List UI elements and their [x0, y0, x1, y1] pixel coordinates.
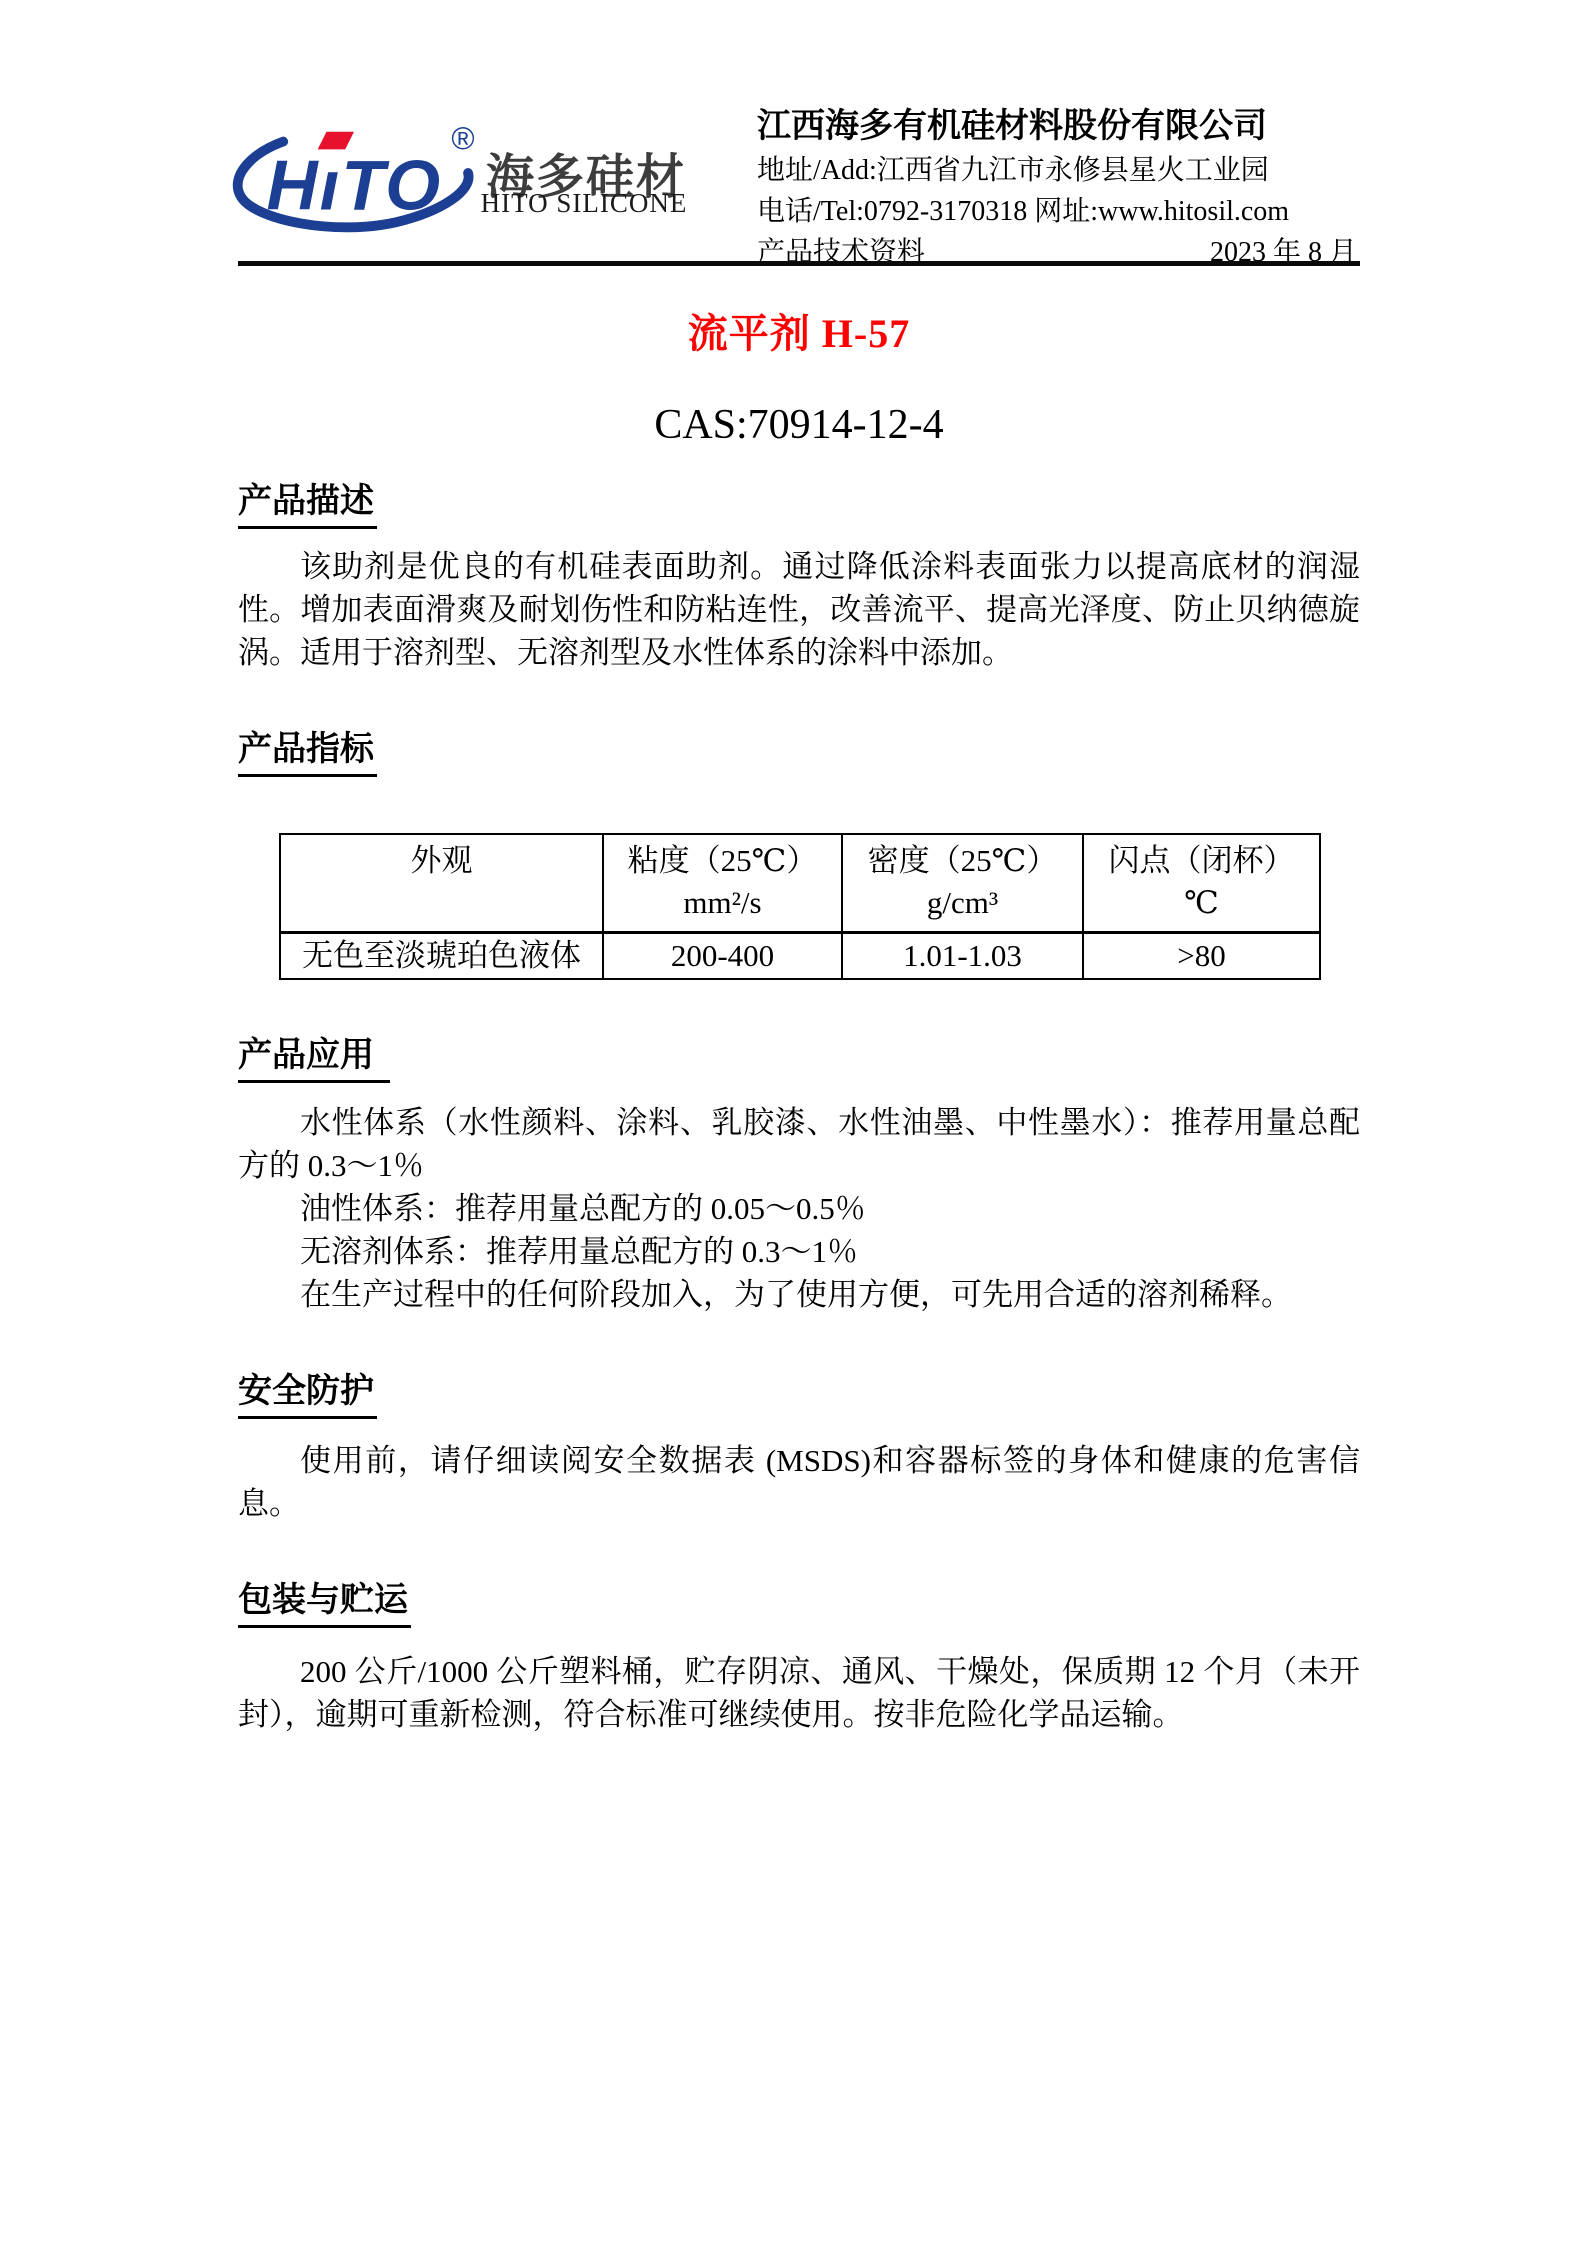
spec-table: 外观 粘度（25℃） mm²/s 密度（25℃） g/cm³ 闪点（闭杯） ℃: [279, 833, 1321, 980]
doc-type-label: 产品技术资料: [757, 232, 925, 273]
spec-value-density: 1.01-1.03: [842, 933, 1083, 980]
paragraph: 在生产过程中的任何阶段加入，为了使用方便，可先用合适的溶剂稀释。: [238, 1273, 1360, 1316]
product-title: 流平剂 H-57: [238, 312, 1360, 356]
spec-table-data-row: 无色至淡琥珀色液体 200-400 1.01-1.03 >80: [280, 933, 1320, 980]
section-heading-packaging: 包装与贮运: [238, 1581, 1360, 1628]
section-safety-body: 使用前，请仔细读阅安全数据表 (MSDS)和容器标签的身体和健康的危害信息。: [238, 1439, 1360, 1525]
spec-header-density: 密度（25℃） g/cm³: [842, 834, 1083, 933]
header-line1: 粘度（25℃）: [604, 840, 841, 882]
header-line2: g/cm³: [843, 882, 1082, 924]
document-page: HıTO ® 海多硅材 HITO SILICONE 江西海多有机硅材料股份有限公…: [0, 0, 1587, 2245]
section-heading-application: 产品应用: [238, 1036, 1360, 1083]
cas-number: CAS:70914-12-4: [238, 402, 1360, 448]
spec-value-appearance: 无色至淡琥珀色液体: [280, 933, 603, 980]
paragraph: 该助剂是优良的有机硅表面助剂。通过降低涂料表面张力以提高底材的润湿性。增加表面滑…: [238, 545, 1360, 674]
paragraph: 水性体系（水性颜料、涂料、乳胶漆、水性油墨、中性墨水）：推荐用量总配方的 0.3…: [238, 1101, 1360, 1187]
document-content: 流平剂 H-57 CAS:70914-12-4 产品描述 该助剂是优良的有机硅表…: [238, 268, 1360, 1736]
section-heading-text: 安全防护: [238, 1372, 377, 1419]
paragraph: 油性体系：推荐用量总配方的 0.05～0.5％: [238, 1187, 1360, 1230]
section-heading-specs: 产品指标: [238, 730, 1360, 777]
company-contact: 电话/Tel:0792-3170318 网址:www.hitosil.com: [757, 191, 1357, 232]
doc-meta-row: 产品技术资料 2023 年 8 月: [757, 232, 1357, 273]
header-line2: [281, 882, 602, 924]
section-heading-text: 产品应用: [238, 1036, 390, 1083]
section-application-body: 水性体系（水性颜料、涂料、乳胶漆、水性油墨、中性墨水）：推荐用量总配方的 0.3…: [238, 1101, 1360, 1316]
page-header: HıTO ® 海多硅材 HITO SILICONE 江西海多有机硅材料股份有限公…: [0, 0, 1587, 268]
company-address: 地址/Add:江西省九江市永修县星火工业园: [757, 150, 1357, 191]
logo-brand-letters: HıTO: [267, 146, 443, 225]
header-line1: 闪点（闭杯）: [1084, 840, 1319, 882]
section-heading-text: 产品描述: [238, 482, 377, 529]
section-heading-text: 产品指标: [238, 730, 377, 777]
spec-header-viscosity: 粘度（25℃） mm²/s: [603, 834, 842, 933]
spec-value-viscosity: 200-400: [603, 933, 842, 980]
spec-value-flashpoint: >80: [1083, 933, 1320, 980]
spec-header-appearance: 外观: [280, 834, 603, 933]
section-heading-description: 产品描述: [238, 482, 1360, 529]
section-heading-safety: 安全防护: [238, 1372, 1360, 1419]
section-description-body: 该助剂是优良的有机硅表面助剂。通过降低涂料表面张力以提高底材的润湿性。增加表面滑…: [238, 545, 1360, 674]
paragraph: 使用前，请仔细读阅安全数据表 (MSDS)和容器标签的身体和健康的危害信息。: [238, 1439, 1360, 1525]
company-info-block: 江西海多有机硅材料股份有限公司 地址/Add:江西省九江市永修县星火工业园 电话…: [757, 104, 1357, 273]
paragraph: 200 公斤/1000 公斤塑料桶，贮存阴凉、通风、干燥处，保质期 12 个月（…: [238, 1650, 1360, 1736]
header-line2: mm²/s: [604, 882, 841, 924]
company-name: 江西海多有机硅材料股份有限公司: [757, 104, 1357, 150]
paragraph: 无溶剂体系：推荐用量总配方的 0.3～1％: [238, 1230, 1360, 1273]
doc-date: 2023 年 8 月: [1210, 232, 1357, 273]
registered-trademark-icon: ®: [451, 121, 474, 156]
header-line1: 外观: [281, 840, 602, 882]
section-packaging-body: 200 公斤/1000 公斤塑料桶，贮存阴凉、通风、干燥处，保质期 12 个月（…: [238, 1650, 1360, 1736]
header-line1: 密度（25℃）: [843, 840, 1082, 882]
header-divider: [238, 261, 1360, 266]
header-line2: ℃: [1084, 882, 1319, 924]
hito-logo-icon: HıTO ®: [226, 116, 484, 234]
spec-header-flashpoint: 闪点（闭杯） ℃: [1083, 834, 1320, 933]
section-heading-text: 包装与贮运: [238, 1581, 411, 1628]
spec-table-header-row: 外观 粘度（25℃） mm²/s 密度（25℃） g/cm³ 闪点（闭杯） ℃: [280, 834, 1320, 933]
logo-en-text: HITO SILICONE: [479, 188, 689, 219]
